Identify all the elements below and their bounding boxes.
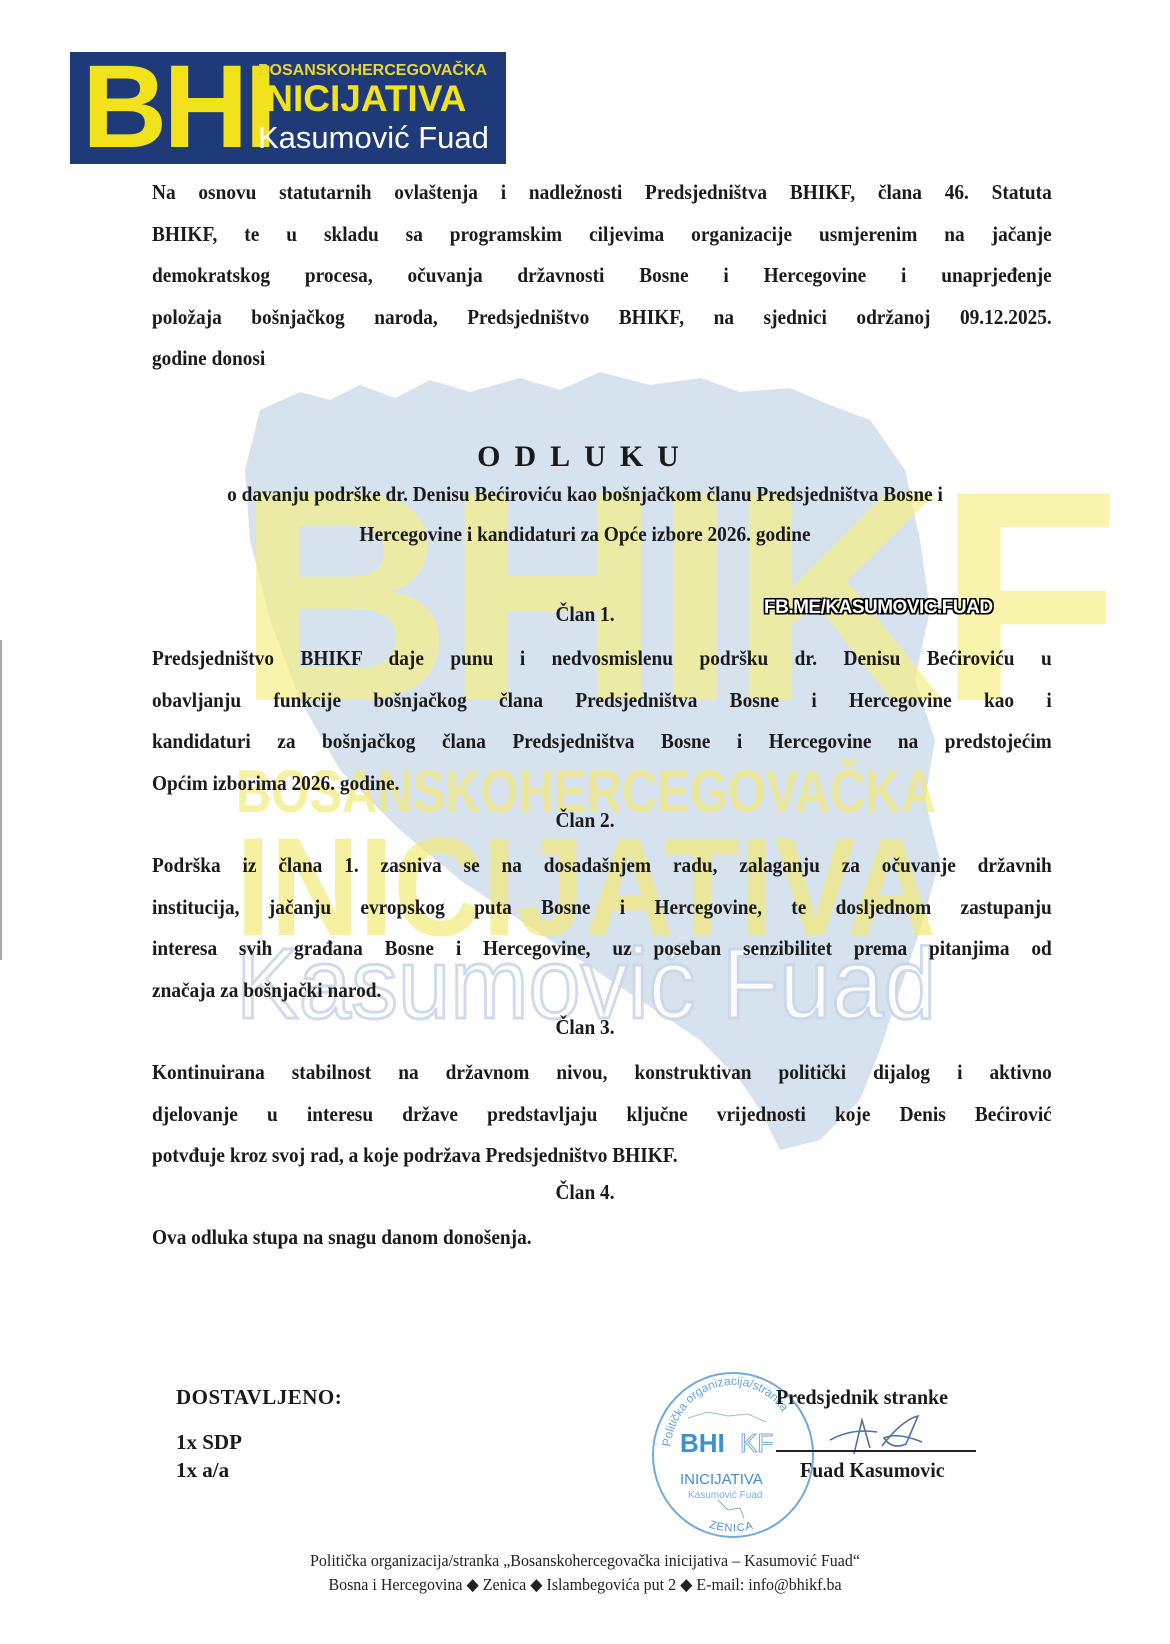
- preamble-line: Na osnovu statutarnih ovlaštenja i nadle…: [152, 172, 1052, 214]
- article-line: Ova odluka stupa na snagu danom donošenj…: [152, 1217, 1052, 1259]
- decision-subtitle-line: Hercegovine i kandidaturi za Opće izbore…: [47, 522, 1123, 547]
- preamble-line: demokratskog procesa, očuvanja državnost…: [152, 255, 1052, 297]
- delivered-item: 1x a/a: [176, 1458, 229, 1483]
- article-2-heading: Član 2.: [47, 808, 1123, 833]
- footer-line-2: Bosna i Hercegovina ◆ Zenica ◆ Islambego…: [35, 1575, 1135, 1595]
- article-line: djelovanje u interesu države predstavlja…: [152, 1094, 1052, 1136]
- svg-text:ZENICA: ZENICA: [708, 1519, 755, 1535]
- signature-scribble: [822, 1410, 932, 1460]
- article-4-body: Ova odluka stupa na snagu danom donošenj…: [152, 1217, 980, 1259]
- delivered-item: 1x SDP: [176, 1430, 242, 1455]
- article-line: potvđuje kroz svoj rad, a koje podržava …: [152, 1135, 1052, 1177]
- svg-text:BHI: BHI: [680, 1428, 725, 1458]
- article-1-heading: Član 1.: [47, 602, 1123, 627]
- diamond-icon: ◆: [466, 1575, 478, 1594]
- logo-line3: Kasumović Fuad: [258, 120, 489, 156]
- svg-text:Kasumović Fuad: Kasumović Fuad: [688, 1490, 762, 1501]
- article-line: institucija, jačanju evropskog puta Bosn…: [152, 887, 1052, 929]
- svg-text:INICIJATIVA: INICIJATIVA: [680, 1471, 763, 1488]
- article-line: Općim izborima 2026. godine.: [152, 763, 1052, 805]
- logo-mark: BHI: [82, 52, 273, 164]
- party-logo: BHI BOSANSKOHERCEGOVAČKA INICIJATIVA Kas…: [70, 52, 506, 164]
- article-3-heading: Član 3.: [47, 1015, 1123, 1040]
- article-line: obavljanju funkcije bošnjačkog člana Pre…: [152, 680, 1052, 722]
- footer-address: Islambegovića put 2: [547, 1575, 677, 1594]
- signature-name: Fuad Kasumovic: [800, 1458, 945, 1483]
- footer-email[interactable]: E-mail: info@bhikf.ba: [696, 1575, 841, 1594]
- preamble: Na osnovu statutarnih ovlaštenja i nadle…: [152, 172, 980, 380]
- preamble-line: položaja bošnjačkog naroda, Predsjedništ…: [152, 297, 1052, 339]
- footer-city: Zenica: [483, 1575, 526, 1594]
- decision-title: ODLUKU: [0, 440, 1170, 474]
- diamond-icon: ◆: [530, 1575, 542, 1594]
- article-1-body: Predsjedništvo BHIKF daje punu i nedvosm…: [152, 638, 980, 804]
- article-line: Predsjedništvo BHIKF daje punu i nedvosm…: [152, 638, 1052, 680]
- logo-line2: INICIJATIVA: [256, 78, 466, 120]
- article-line: interesa svih građana Bosne i Hercegovin…: [152, 928, 1052, 970]
- article-line: Podrška iz člana 1. zasniva se na dosada…: [152, 845, 1052, 887]
- article-4-heading: Član 4.: [47, 1180, 1123, 1205]
- scan-edge-mark: [0, 640, 2, 960]
- signature-line: [776, 1450, 976, 1452]
- signature-role: Predsjednik stranke: [776, 1385, 948, 1410]
- article-line: kandidaturi za bošnjačkog člana Predsjed…: [152, 721, 1052, 763]
- article-3-body: Kontinuirana stabilnost na državnom nivo…: [152, 1052, 980, 1177]
- svg-text:KF: KF: [740, 1428, 773, 1458]
- preamble-line: BHIKF, te u skladu sa programskim ciljev…: [152, 214, 1052, 256]
- article-line: Kontinuirana stabilnost na državnom nivo…: [152, 1052, 1052, 1094]
- footer-country: Bosna i Hercegovina: [328, 1575, 462, 1594]
- diamond-icon: ◆: [680, 1575, 692, 1594]
- preamble-line: godine donosi: [152, 338, 1052, 380]
- delivered-label: DOSTAVLJENO:: [176, 1385, 342, 1410]
- decision-subtitle-line: o davanju podrške dr. Denisu Bećiroviću …: [47, 482, 1123, 507]
- footer-line-1: Politička organizacija/stranka „Bosansko…: [35, 1551, 1135, 1571]
- article-line: značaja za bošnjački narod.: [152, 970, 1052, 1012]
- article-2-body: Podrška iz člana 1. zasniva se na dosada…: [152, 845, 980, 1011]
